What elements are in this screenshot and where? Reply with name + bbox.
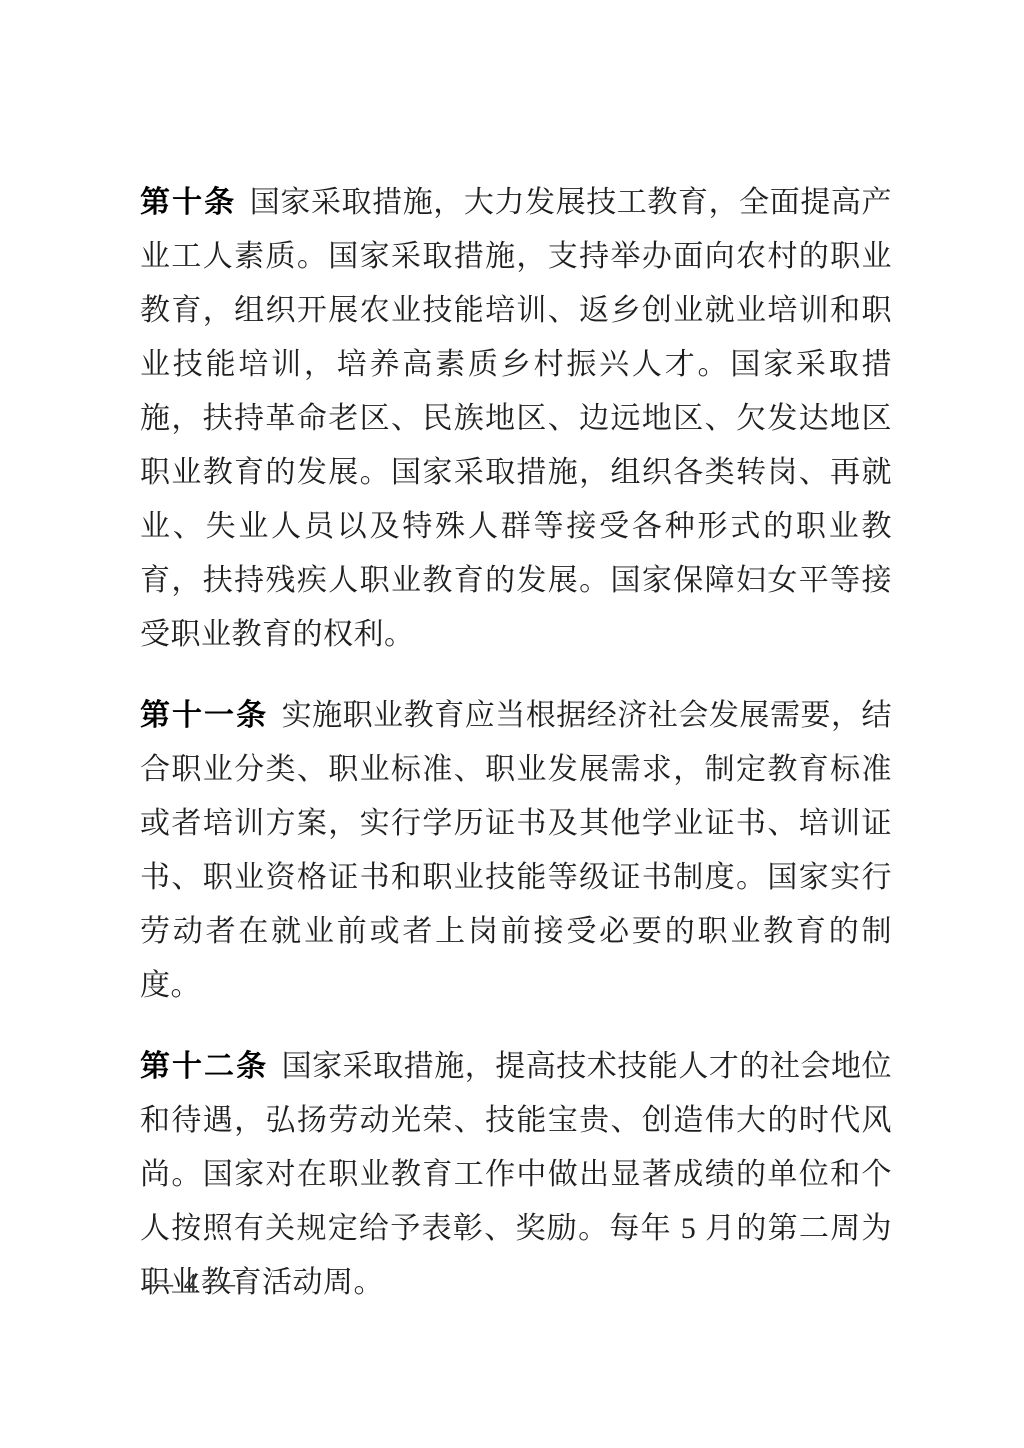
article-10-paragraph: 第十条国家采取措施，大力发展技工教育，全面提高产业工人素质。国家采取措施，支持举… [140, 176, 892, 662]
article-12-paragraph: 第十二条国家采取措施，提高技术技能人才的社会地位和待遇，弘扬劳动光荣、技能宝贵、… [140, 1040, 892, 1310]
article-11-paragraph: 第十一条实施职业教育应当根据经济社会发展需要，结合职业分类、职业标准、职业发展需… [140, 689, 892, 1013]
article-11-label: 第十一条 [140, 699, 268, 732]
article-10-label: 第十条 [140, 186, 236, 219]
article-10-text: 国家采取措施，大力发展技工教育，全面提高产业工人素质。国家采取措施，支持举办面向… [140, 186, 892, 651]
article-12-text: 国家采取措施，提高技术技能人才的社会地位和待遇，弘扬劳动光荣、技能宝贵、创造伟大… [140, 1050, 892, 1299]
document-body: 第十条国家采取措施，大力发展技工教育，全面提高产业工人素质。国家采取措施，支持举… [140, 176, 892, 1337]
document-page: 第十条国家采取措施，大力发展技工教育，全面提高产业工人素质。国家采取措施，支持举… [0, 0, 1024, 1448]
article-12-label: 第十二条 [140, 1050, 268, 1083]
page-number: — 4 — [146, 1268, 237, 1298]
page-footer: — 4 — [146, 1266, 237, 1300]
article-11-text: 实施职业教育应当根据经济社会发展需要，结合职业分类、职业标准、职业发展需求，制定… [140, 699, 892, 1002]
